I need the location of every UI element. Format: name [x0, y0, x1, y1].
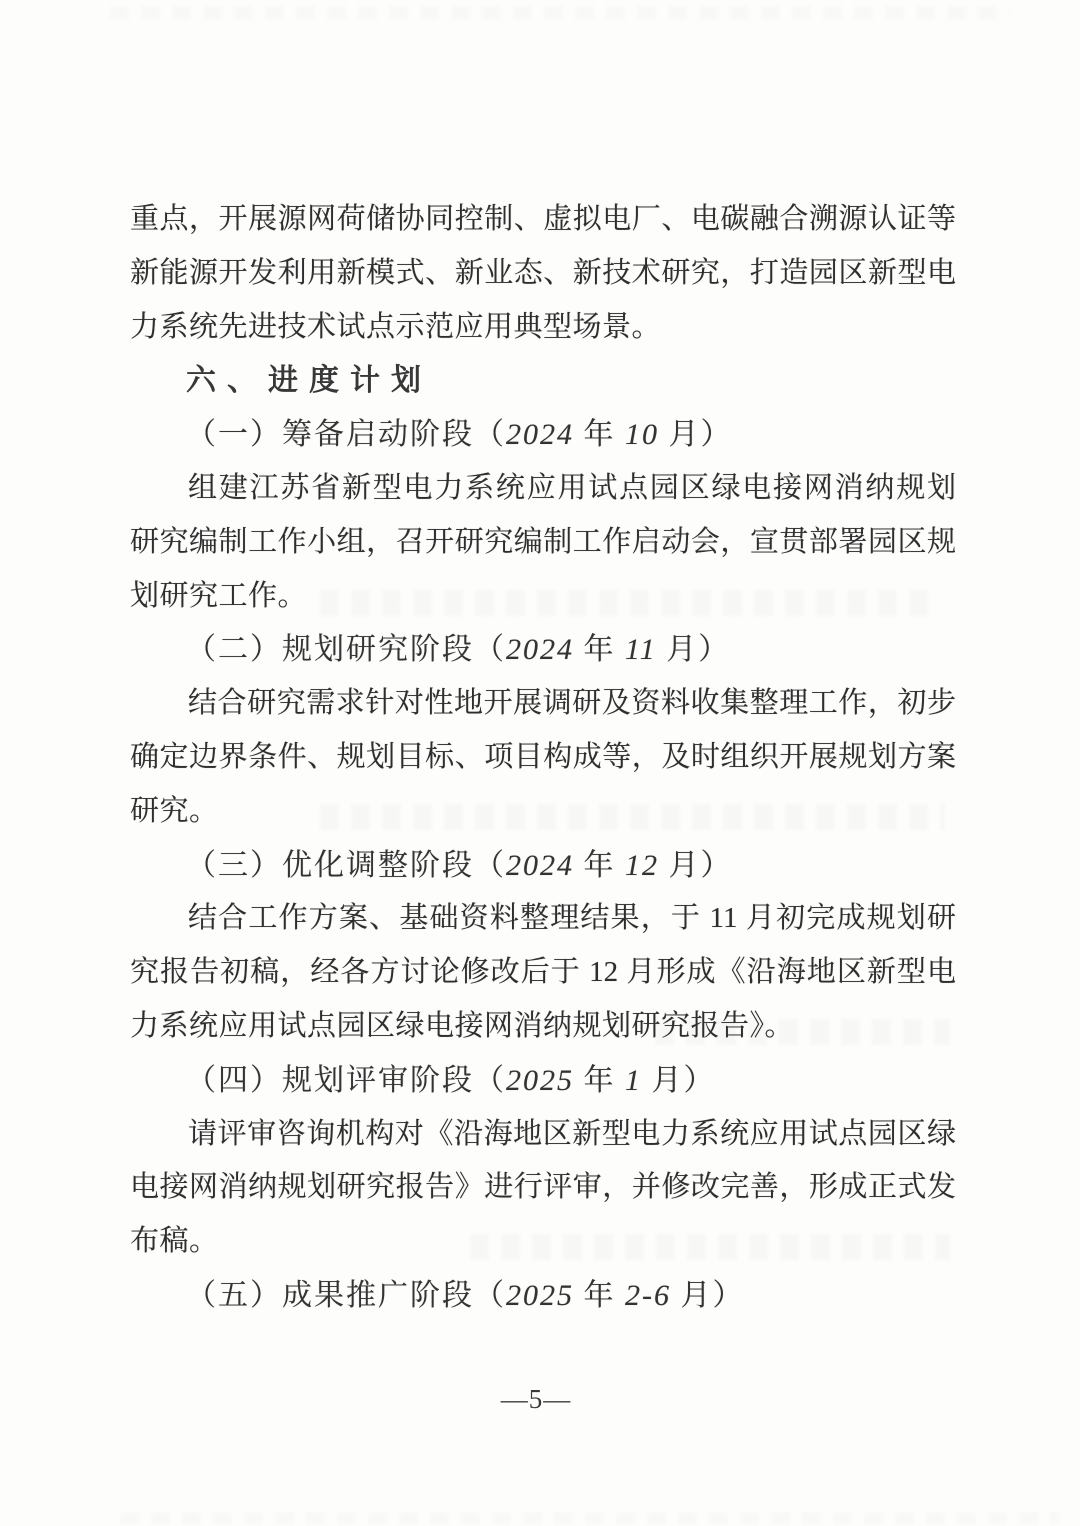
body-line: 请评审咨询机构对《沿海地区新型电力系统应用试点园区绿 [130, 1108, 956, 1162]
stage-heading-4: （四）规划评审阶段（2025 年 1 月） [130, 1054, 1012, 1108]
body-line: 电接网消纳规划研究报告》进行评审，并修改完善，形成正式发 [130, 1161, 956, 1215]
body-line: 划研究工作。 [130, 570, 956, 624]
stage-heading-2: （二）规划研究阶段（2024 年 11 月） [130, 623, 1012, 677]
body-line: 确定边界条件、规划目标、项目构成等，及时组织开展规划方案 [130, 731, 956, 785]
stage-heading-3: （三）优化调整阶段（2024 年 12 月） [130, 839, 1012, 893]
body-line: 研究编制工作小组，召开研究编制工作启动会，宣贯部署园区规 [130, 516, 956, 570]
body-line: 布稿。 [130, 1215, 956, 1269]
bleedthrough-artifact [120, 1512, 1060, 1524]
document-body: 重点，开展源网荷储协同控制、虚拟电厂、电碳融合溯源认证等 新能源开发利用新模式、… [130, 193, 956, 1323]
scanned-document-page: 重点，开展源网荷储协同控制、虚拟电厂、电碳融合溯源认证等 新能源开发利用新模式、… [0, 0, 1080, 1526]
body-line: 结合研究需求针对性地开展调研及资料收集整理工作，初步 [130, 677, 956, 731]
body-line: 结合工作方案、基础资料整理结果，于 11 月初完成规划研 [130, 892, 956, 946]
body-line: 力系统先进技术试点示范应用典型场景。 [130, 301, 956, 355]
body-line: 力系统应用试点园区绿电接网消纳规划研究报告》。 [130, 1000, 956, 1054]
section-heading: 六、进度计划 [130, 354, 1012, 408]
bleedthrough-artifact [110, 6, 1010, 20]
page-number: —5— [0, 1384, 1072, 1415]
body-line: 重点，开展源网荷储协同控制、虚拟电厂、电碳融合溯源认证等 [130, 193, 956, 247]
body-line: 组建江苏省新型电力系统应用试点园区绿电接网消纳规划 [130, 462, 956, 516]
body-line: 究报告初稿，经各方讨论修改后于 12 月形成《沿海地区新型电 [130, 946, 956, 1000]
body-line: 新能源开发利用新模式、新业态、新技术研究，打造园区新型电 [130, 247, 956, 301]
stage-heading-1: （一）筹备启动阶段（2024 年 10 月） [130, 408, 1012, 462]
body-line: 研究。 [130, 785, 956, 839]
stage-heading-5: （五）成果推广阶段（2025 年 2-6 月） [130, 1269, 1012, 1323]
